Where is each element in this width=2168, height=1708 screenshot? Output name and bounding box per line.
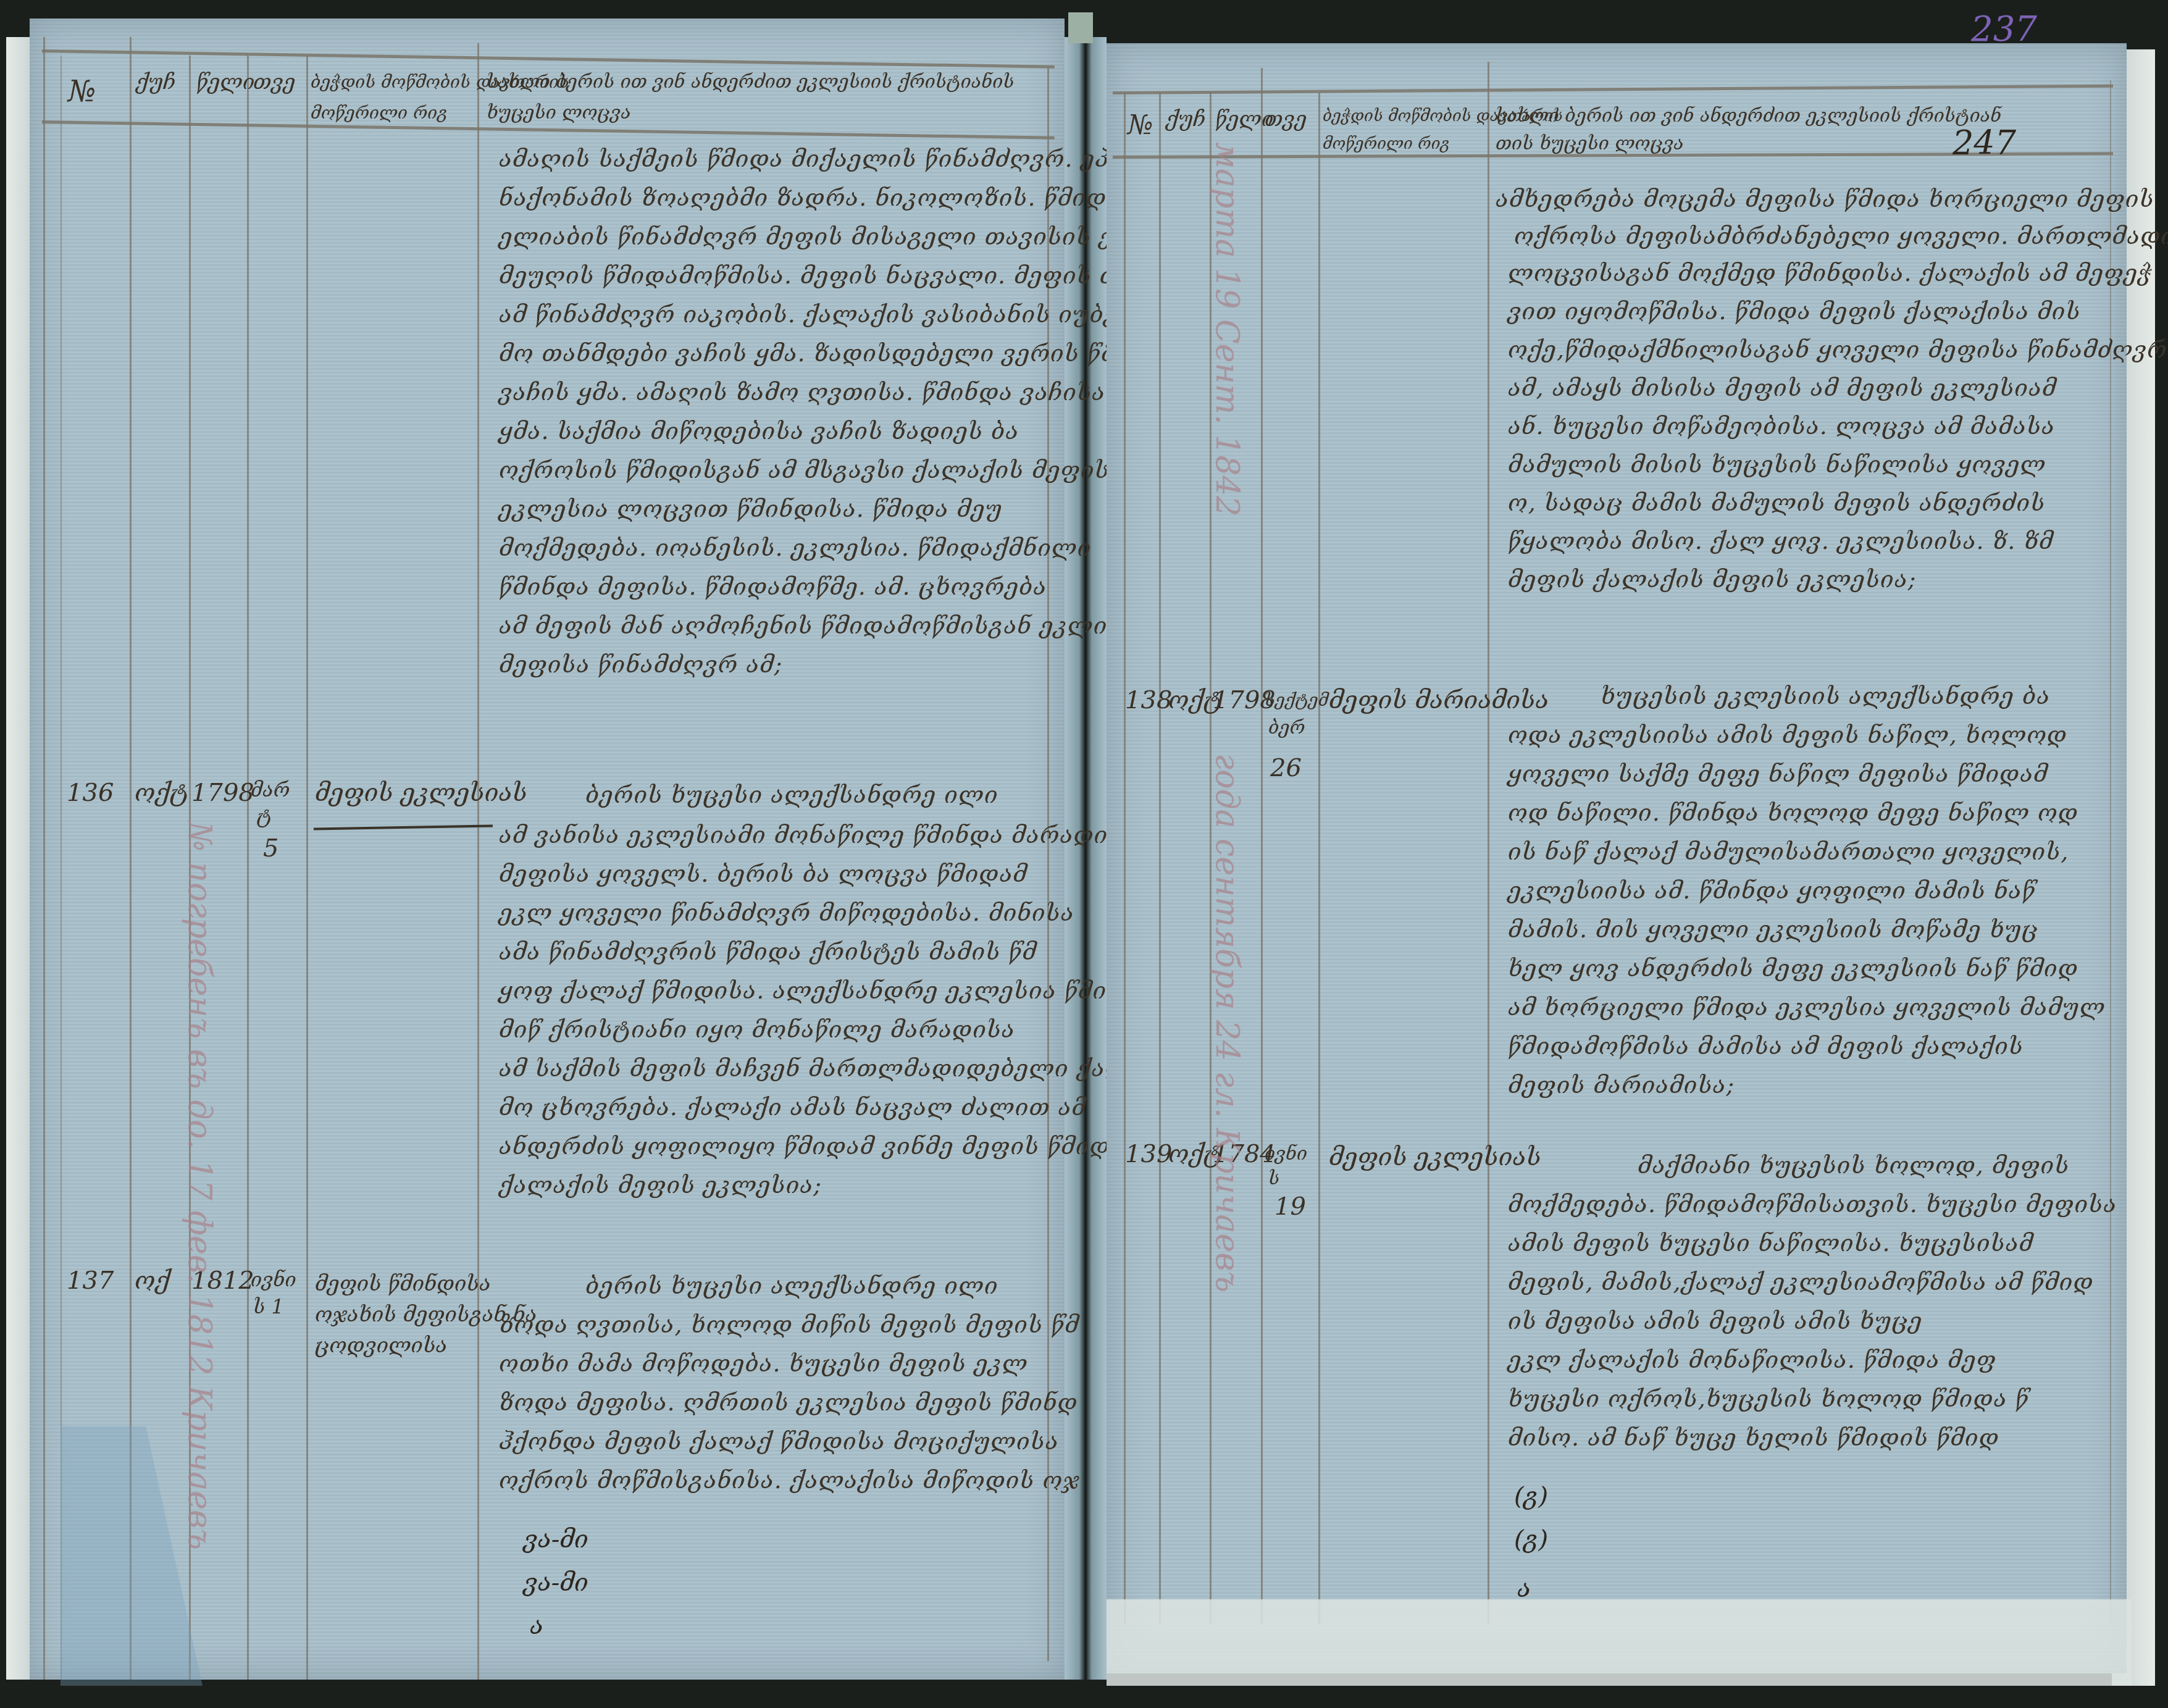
text-line: მეფისა ყოველს. ბერის ბა ლოცვა წმიდამ — [499, 860, 1027, 887]
text-line: ლოცვისაგან მოქმედ წმინდისა. ქალაქის ამ მ… — [1508, 259, 2153, 287]
margin-annotation-russian-bottom: года сентября 24 гл. Кричаевъ — [1208, 753, 1245, 1292]
text-line: ოდ ნაწილი. წმინდა ხოლოდ მეფე ნაწილ ოდ — [1508, 799, 2078, 826]
text-line: ამ ვანისა ეკლესიამი მონაწილე წმინდა მარა… — [499, 821, 1123, 848]
text-line: ამ, ამაყს მისისა მეფის ამ მეფის ეკლესიამ — [1508, 374, 2057, 401]
column-header-6b: თის ხუცესი ლოცვა — [1496, 130, 1684, 158]
text-line: ამ ხორციელი წმიდა ეკლესია ყოველის მამულ — [1508, 994, 2106, 1021]
column-rule — [1488, 62, 1489, 1624]
text-line: მოქმედება. იოანესის. ეკლესია. წმიდაქმნილ… — [499, 534, 1091, 561]
text-line: ის მეფისა ამის მეფის ამის ხუცე — [1508, 1307, 1922, 1334]
entry-year: 1798 — [191, 778, 254, 808]
column-rule — [1318, 93, 1320, 1624]
text-line: ყოველი საქმე მეფე ნაწილ მეფისა წმიდამ — [1508, 760, 2048, 787]
text-line: ოქროსის წმიდისგან ამ მსგავსი ქალაქის მეფ… — [499, 456, 1110, 484]
entry-number: 138 — [1125, 685, 1172, 715]
entry-month-2: ს — [1268, 1164, 1279, 1194]
entry-number: 136 — [67, 778, 114, 808]
signature-mark: (გ) — [1514, 1482, 1548, 1510]
text-line: ამ საქმის მეფის მაჩვენ მართლმადიდებელი ქ… — [499, 1055, 1159, 1082]
text-line: ოდა ეკლესიისა ამის მეფის ნაწილ, ხოლოდ — [1508, 721, 2067, 748]
entry-month: მარ — [251, 775, 290, 805]
column-rule — [1124, 93, 1126, 1624]
text-line: ხუცესი ოქროს,ხუცესის ხოლოდ წმიდა წ — [1508, 1385, 2029, 1412]
entry-month-2: ტ — [257, 802, 272, 831]
margin-annotation-russian-top: марта 19 Сент. 1842 — [1208, 142, 1245, 516]
text-line: ზოდა მეფისა. ღმრთის ეკლესია მეფის წმინდ — [499, 1389, 1078, 1416]
text-line: მოქმედება. წმიდამოწმისათვის. ხუცესი მეფი… — [1508, 1191, 2117, 1218]
text-line: ხელ ყოვ ანდერძის მეფე ეკლესიის ნაწ წმიდ — [1508, 955, 2078, 982]
page-bottom-overlay — [1107, 1599, 2132, 1686]
entry-number: 139 — [1125, 1139, 1172, 1169]
left-page: № ქუჩ წელი თვე ბეჭდის მოწმობის დავთარის … — [30, 19, 1065, 1680]
header-top-rule — [42, 49, 1055, 69]
text-line: მეფის მარიამისა; — [1508, 1071, 1735, 1099]
text-line: ო, სადაც მამის მამულის მეფის ანდერძის — [1508, 489, 2045, 516]
entry-month-2: ს 1 — [253, 1292, 284, 1321]
binding-tab — [1068, 12, 1093, 43]
text-line: წმინდა მეფისა. წმიდამოწმე. ამ. ცხოვრება — [499, 573, 1047, 600]
text-line: ანდერძის ყოფილიყო წმიდამ ვინმე მეფის წმი… — [499, 1132, 1124, 1160]
entry-name-3: ცოდვილისა — [315, 1331, 447, 1360]
text-line: მაქმიანი ხუცესის ხოლოდ, მეფის — [1638, 1152, 2069, 1179]
text-line: ეკლესია ლოცვით წმინდისა. წმიდა მეუ — [499, 495, 1002, 522]
column-header-5b: მოწერილი რიგ — [311, 99, 448, 127]
text-line: ყმა. საქმია მიწოდებისა ვაჩის ზადიეს ბა — [499, 417, 1019, 445]
entry-name: მეფის ეკლესიას — [315, 778, 527, 808]
text-line: მო ცხოვრება. ქალაქი ამას ნაცვალ ძალით ამ — [499, 1094, 1086, 1121]
text-line: მეფისა წინამძღვრ ამ; — [499, 651, 783, 678]
column-header-2: ქუჩ — [1166, 105, 1205, 133]
entry-col2: ოქტ — [135, 778, 189, 808]
text-line: ის ნაწ ქალაქ მამულისამართალი ყოველის, — [1508, 838, 2069, 865]
column-header-number: № — [1128, 111, 1153, 140]
text-line: ოთხი მამა მოწოდება. ხუცესი მეფის ეკლ — [499, 1350, 1028, 1377]
column-rule — [1159, 93, 1161, 1624]
text-line: ეკლესიისა ამ. წმინდა ყოფილი მამის ნაწ — [1508, 877, 2036, 904]
text-line: ყოფ ქალაქ წმიდისა. ალექსანდრე ეკლესია წმ… — [499, 977, 1141, 1004]
text-line: ჰქონდა მეფის ქალაქ წმიდისა მოციქულისა — [499, 1428, 1059, 1455]
text-line: ელიაბის წინამძღვრ მეფის მისაგელი თავისის… — [499, 223, 1127, 250]
entry-name: მეფის ეკლესიას — [1329, 1142, 1541, 1172]
signature-mark: ვა-მი — [524, 1568, 588, 1597]
text-line: ქალაქის მეფის ეკლესია; — [499, 1171, 822, 1199]
text-line: მო თანმდები ვაჩის ყმა. ზადისდებელი ვერის… — [499, 340, 1165, 367]
text-line: ან. ხუცესი მოწამეობისა. ლოცვა ამ მამასა — [1508, 412, 2055, 440]
entry-day: 26 — [1270, 753, 1302, 783]
text-line: ამა წინამძღვრის წმიდა ქრისტეს მამის წმ — [499, 938, 1037, 965]
column-header-month: თვე — [1265, 105, 1307, 133]
text-line: მიწ ქრისტიანი იყო მონაწილე მარადისა — [499, 1016, 1015, 1043]
text-line: ბერის ხუცესი ალექსანდრე ილი — [585, 1272, 998, 1299]
column-header-year: წელი — [196, 68, 254, 96]
text-line: ვაჩის ყმა. ამაღის ზამო ღვთისა. წმინდა ვა… — [499, 379, 1105, 406]
text-line: წყალობა მისო. ქალ ყოვ. ეკლესიისა. ზ. ზმ — [1508, 527, 2054, 555]
signature-mark: (გ) — [1514, 1525, 1548, 1554]
entry-number: 137 — [67, 1266, 114, 1296]
signature-mark: ვა-მი — [524, 1525, 588, 1554]
text-line: ხუცესის ეკლესიის ალექსანდრე ბა — [1601, 682, 2050, 710]
entry-month: სექტემ — [1265, 685, 1329, 715]
text-line: მისო. ამ ნაწ ხუცე ხელის წმიდის წმიდ — [1508, 1424, 1999, 1451]
text-line: მამულის მისის ხუცესის ნაწილისა ყოველ — [1508, 451, 2046, 478]
text-line: ბერის ხუცესი ალექსანდრე ილი — [585, 781, 998, 808]
column-rule — [477, 43, 479, 1680]
text-line: ოქე,წმიდაქმნილისაგან ყოველი მეფისა წინამ… — [1508, 336, 2167, 363]
entry-name: მეფის წმინდისა — [315, 1269, 491, 1299]
column-header-month: თვე — [253, 68, 295, 96]
column-rule — [306, 56, 308, 1680]
text-line: ოქროსა მეფისამბრძანებელი ყოველი. მართლმა… — [1514, 222, 2168, 249]
margin-annotation-russian: № погребенъ въ до. 17 фев. 1812 Кричаевъ — [181, 821, 218, 1550]
column-header-5b: მოწერილი რიგ — [1323, 130, 1450, 158]
folio-stamp-number: 237 — [1971, 9, 2037, 49]
column-header-6b: ხუცესი ლოცვა — [487, 99, 631, 127]
text-line: წმიდამოწმისა მამისა ამ მეფის ქალაქის — [1508, 1032, 2024, 1060]
entry-name: მეფის მარიამისა — [1329, 685, 1549, 715]
folio-page-number: 247 — [1952, 123, 2016, 162]
text-line: ამაღის საქმეის წმიდა მიქაელის წინამძღვრ.… — [499, 145, 1186, 172]
entry-col2: ოქ — [135, 1266, 170, 1296]
text-line: ვით იყომოწმისა. წმიდა მეფის ქალაქისა მის — [1508, 298, 2081, 325]
text-line: ამ წინამძღვრ იაკობის. ქალაქის ვასიბანის … — [499, 301, 1118, 328]
entry-day: 19 — [1274, 1192, 1306, 1221]
text-line: მეფის ქალაქის მეფის ეკლესია; — [1508, 566, 1916, 593]
column-header-2: ქუჩ — [136, 68, 175, 96]
end-mark: ა — [530, 1612, 543, 1640]
text-line: ამ მეფის მან აღმოჩენის წმიდამოწმისგან ეკ… — [499, 612, 1122, 639]
column-header-6: სახლი ბერის ით ვინ ანდერძით ეკლესიის ქრი… — [487, 68, 1014, 96]
column-rule — [1261, 68, 1263, 1624]
column-rule — [2110, 80, 2111, 1624]
entry-month-2: ბერ — [1268, 713, 1305, 743]
text-line: მეუღის წმიდამოწმისა. მეფის ნაცვალი. მეფი… — [499, 262, 1128, 289]
text-line: ეკლ ყოველი წინამძღვრ მიწოდებისა. მინისა — [499, 899, 1074, 926]
text-line: ამხედრება მოცემა მეფისა წმიდა ხორციელი მ… — [1496, 185, 2154, 212]
text-line: მეფის, მამის,ქალაქ ეკლესიამოწმისა ამ წმი… — [1508, 1268, 2094, 1296]
right-page: № ქუჩ წელი თვე ბეჭდის მოწმობის დავთარის … — [1107, 43, 2127, 1673]
column-header-number: № — [68, 77, 96, 106]
text-line: ზოდა ღვთისა, ხოლოდ მიწის მეფის მეფის წმ — [499, 1311, 1079, 1338]
column-rule — [247, 56, 249, 1680]
column-rule — [43, 37, 45, 1680]
link-stroke — [314, 824, 493, 830]
text-line: ნაქონამის ზოაღებმი ზადრა. ნიკოლოზის. წმი… — [499, 184, 1185, 211]
entry-month: ივნი — [251, 1265, 296, 1294]
entry-day: 5 — [263, 834, 278, 863]
column-header-6: სახლი ბერის ით ვინ ანდერძით ეკლესიის ქრი… — [1496, 102, 2001, 130]
text-line: ეკლ ქალაქის მონაწილისა. წმიდა მეფ — [1508, 1346, 1996, 1373]
text-line: ამის მეფის ხუცესი ნაწილისა. ხუცესისამ — [1508, 1229, 2033, 1257]
text-line: ოქროს მოწმისგანისა. ქალაქისა მიწოდის ოჯ — [499, 1467, 1080, 1494]
text-line: მამის. მის ყოველი ეკლესიის მოწამე ხუც — [1508, 916, 2038, 943]
